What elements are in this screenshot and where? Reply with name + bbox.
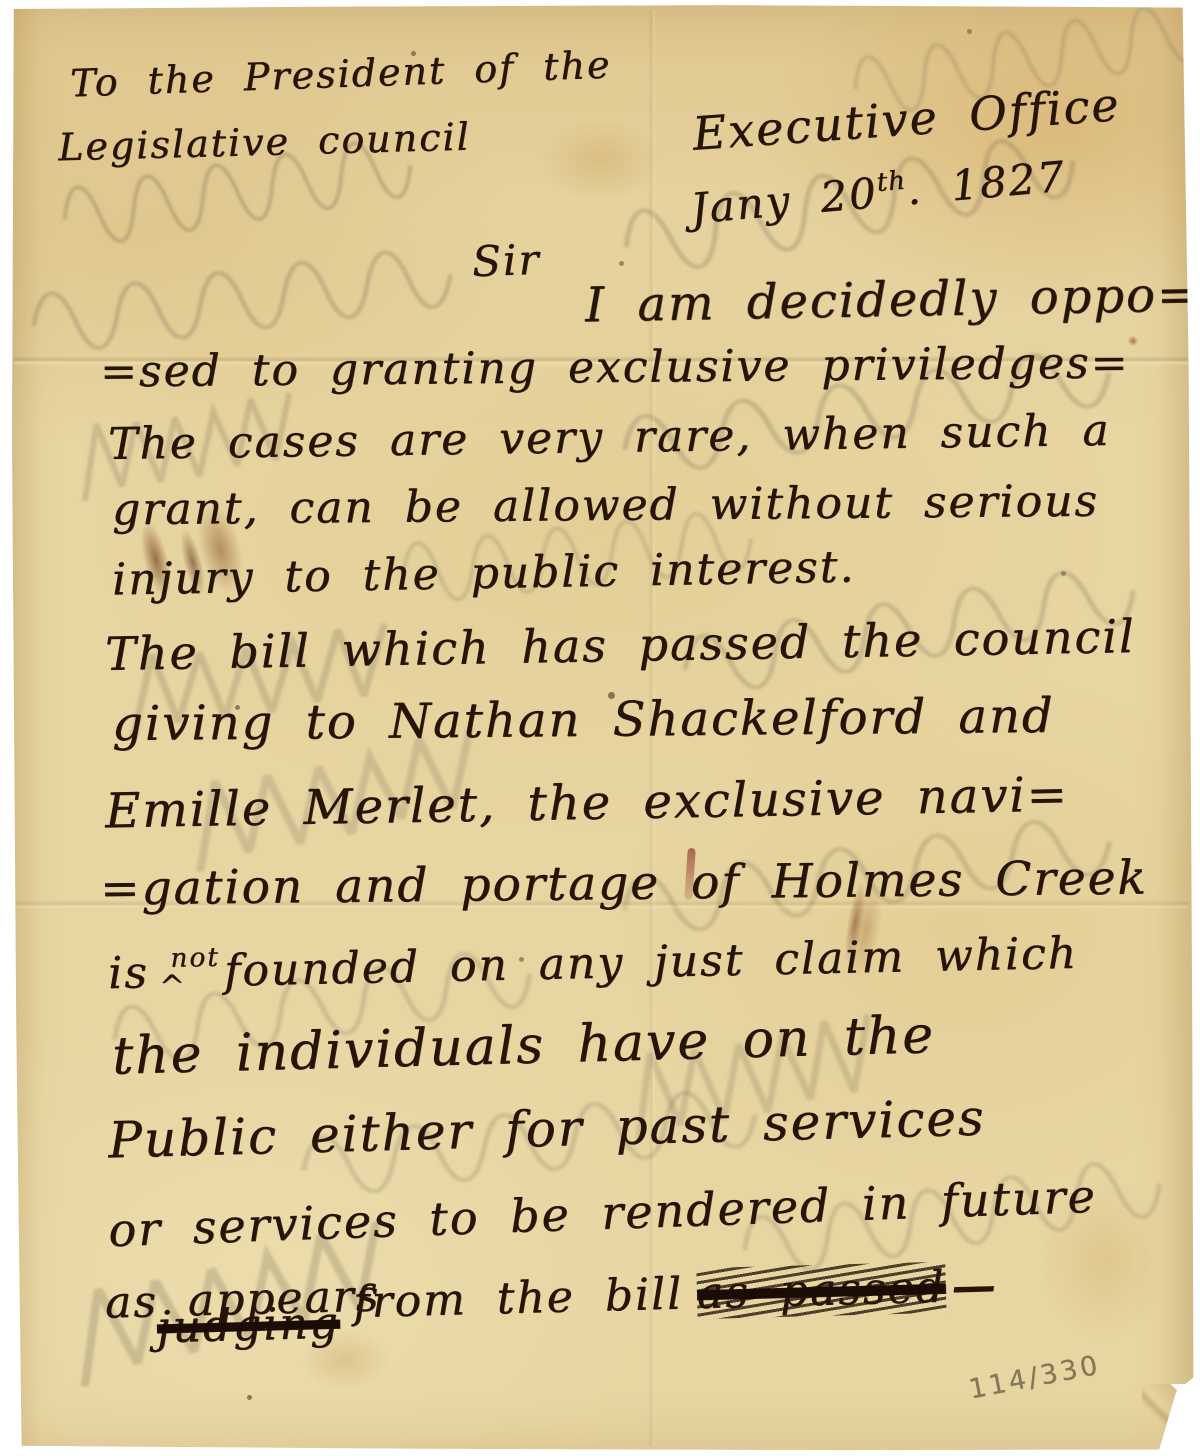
- handwritten-text: —: [951, 1260, 998, 1312]
- body-line: or services to be rendered in future: [107, 1169, 1097, 1257]
- ink-spot: [1128, 336, 1138, 346]
- handwritten-text: =gation and portage of Holmes Creek: [100, 851, 1148, 917]
- struck-text: judging: [156, 1298, 340, 1354]
- handwritten-text: the individuals have on the: [111, 1005, 935, 1087]
- date-day: Jany 20: [689, 168, 880, 233]
- body-line: Public either for past services: [107, 1089, 986, 1170]
- handwritten-text: =sed to granting exclusive priviledges=: [100, 338, 1130, 398]
- handwritten-text: Emille Merlet, the exclusive navi=: [105, 767, 1070, 840]
- handwritten-text: grant, can be allowed without serious: [112, 476, 1099, 536]
- handwritten-text: The bill which has passed the council: [105, 609, 1136, 681]
- insertion-caret: ^: [159, 969, 188, 1006]
- date-ordinal: th: [875, 166, 907, 198]
- body-line: injury to the public interest.: [112, 542, 856, 606]
- archival-number: 114/330: [966, 1350, 1103, 1406]
- date-line: Jany 20th. 1827: [689, 152, 1068, 234]
- body-line: Emille Merlet, the exclusive navi=: [105, 767, 1070, 840]
- handwritten-text: The cases are very rare, when such a: [108, 405, 1111, 470]
- body-line: =gation and portage of Holmes Creek: [100, 851, 1148, 917]
- body-line: as appearsjudgingfrom the billas passed—: [104, 1260, 998, 1334]
- handwritten-text: Public either for past services: [107, 1089, 986, 1170]
- body-line: =sed to granting exclusive priviledges=: [100, 338, 1130, 398]
- recipient-line: To the President of the: [69, 43, 612, 106]
- handwritten-text: giving to Nathan Shackelford and: [112, 688, 1055, 752]
- body-line: The cases are very rare, when such a: [108, 405, 1111, 470]
- foxing-stain: [540, 120, 660, 200]
- handwritten-text: from the bill: [353, 1269, 684, 1329]
- inserted-word: not: [170, 942, 220, 974]
- body-line: I am decidedly oppo=: [585, 267, 1200, 334]
- body-line: is^notfounded on any just claim which: [108, 928, 1079, 999]
- handwritten-text: I am decidedly oppo=: [585, 267, 1200, 334]
- date-year: . 1827: [904, 152, 1067, 215]
- scanned-letter-page: { "document": { "kind": "handwritten-let…: [0, 0, 1200, 1456]
- salutation: Sir: [471, 235, 541, 286]
- body-line: grant, can be allowed without serious: [112, 476, 1099, 536]
- body-line: The bill which has passed the council: [105, 609, 1136, 681]
- handwritten-text: is: [108, 947, 150, 999]
- letter-paper: To the President of the Legislative coun…: [0, 0, 1200, 1456]
- struck-text: as passed: [696, 1262, 946, 1319]
- handwritten-text: or services to be rendered in future: [107, 1169, 1097, 1257]
- body-line: giving to Nathan Shackelford and: [112, 688, 1055, 752]
- handwritten-text: founded on any just claim which: [224, 928, 1079, 997]
- recipient-line: Legislative council: [57, 115, 471, 170]
- office-heading: Executive Office: [691, 77, 1122, 161]
- body-line: the individuals have on the: [111, 1005, 935, 1087]
- handwritten-text: injury to the public interest.: [112, 542, 856, 606]
